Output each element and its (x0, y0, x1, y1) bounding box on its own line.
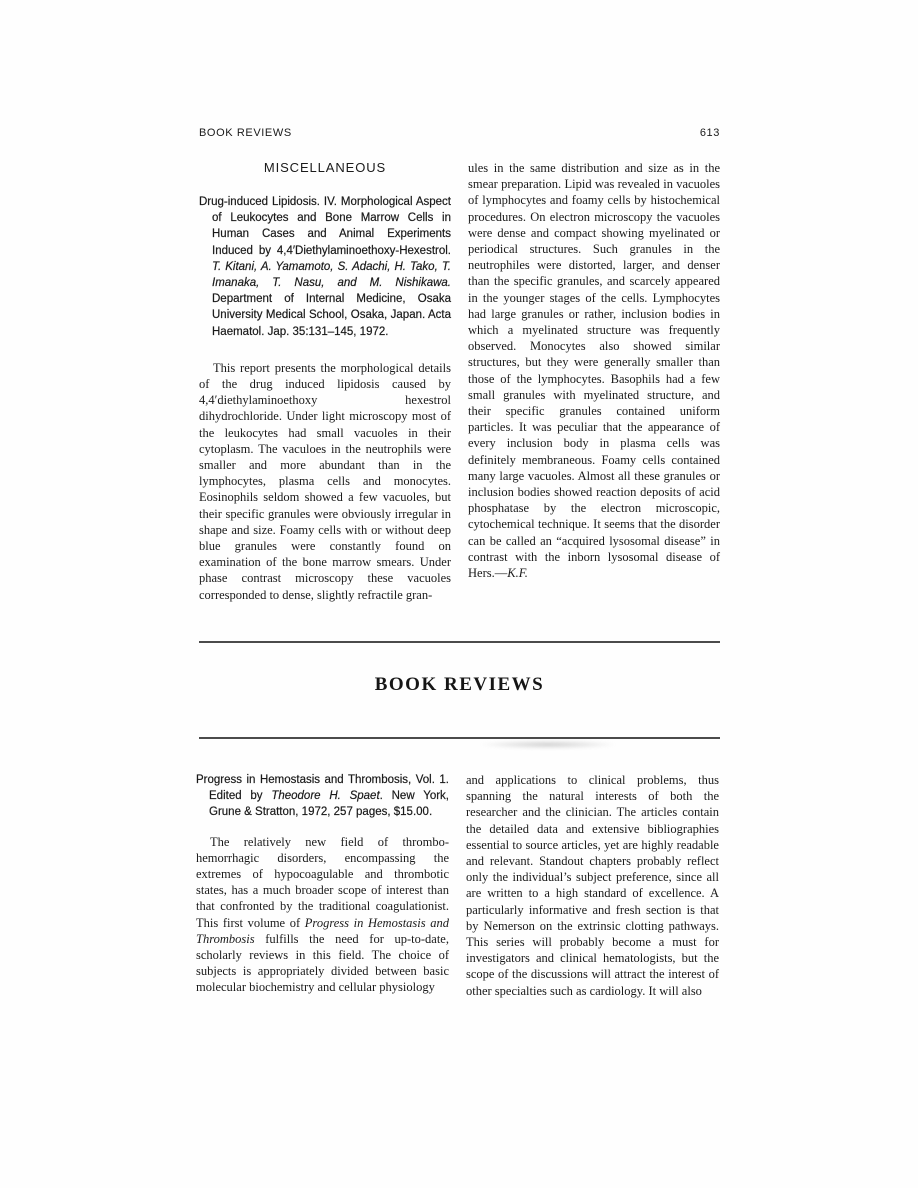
page-number: 613 (700, 127, 720, 139)
miscellaneous-heading: MISCELLANEOUS (199, 160, 451, 175)
citation2-editor: Theodore H. Spaet (271, 790, 379, 802)
review1-left-text: This report presents the morphological d… (199, 360, 451, 603)
book-reviews-heading: BOOK REVIEWS (199, 674, 720, 696)
citation-publication: Department of Internal Medicine, Osaka U… (212, 293, 451, 337)
citation-authors: T. Kitani, A. Yamamoto, S. Adachi, H. Ta… (212, 261, 451, 289)
reviewer-initials: K.F. (507, 566, 528, 580)
citation-title: Drug-induced Lipidosis. IV. Morphologica… (199, 196, 451, 257)
lipidosis-citation: Drug-induced Lipidosis. IV. Morphologica… (199, 194, 451, 340)
review1-right-text: ules in the same distribution and size a… (468, 160, 720, 581)
scan-smudge-artifact (478, 740, 618, 749)
running-header: BOOK REVIEWS 613 (199, 127, 720, 139)
section-divider-bottom-rule (199, 737, 720, 739)
miscellaneous-section: MISCELLANEOUS Drug-induced Lipidosis. IV… (199, 160, 720, 603)
running-title: BOOK REVIEWS (199, 127, 292, 139)
section1-left-column: MISCELLANEOUS Drug-induced Lipidosis. IV… (199, 160, 451, 603)
journal-page: BOOK REVIEWS 613 MISCELLANEOUS Drug-indu… (0, 0, 918, 1188)
section2-right-column: and applications to clinical problems, t… (466, 772, 719, 999)
section1-right-column: ules in the same distribution and size a… (468, 160, 720, 603)
review2-right-text: and applications to clinical problems, t… (466, 772, 719, 999)
hemostasis-citation: Progress in Hemostasis and Thrombosis, V… (196, 772, 449, 821)
section-divider-top-rule (199, 641, 720, 643)
section2-left-column: Progress in Hemostasis and Thrombosis, V… (196, 772, 449, 999)
review2-left-text: The relatively new field of thrombo-hemo… (196, 834, 449, 996)
hemostasis-review-section: Progress in Hemostasis and Thrombosis, V… (196, 772, 720, 999)
review1-right-body: ules in the same distribution and size a… (468, 161, 720, 580)
